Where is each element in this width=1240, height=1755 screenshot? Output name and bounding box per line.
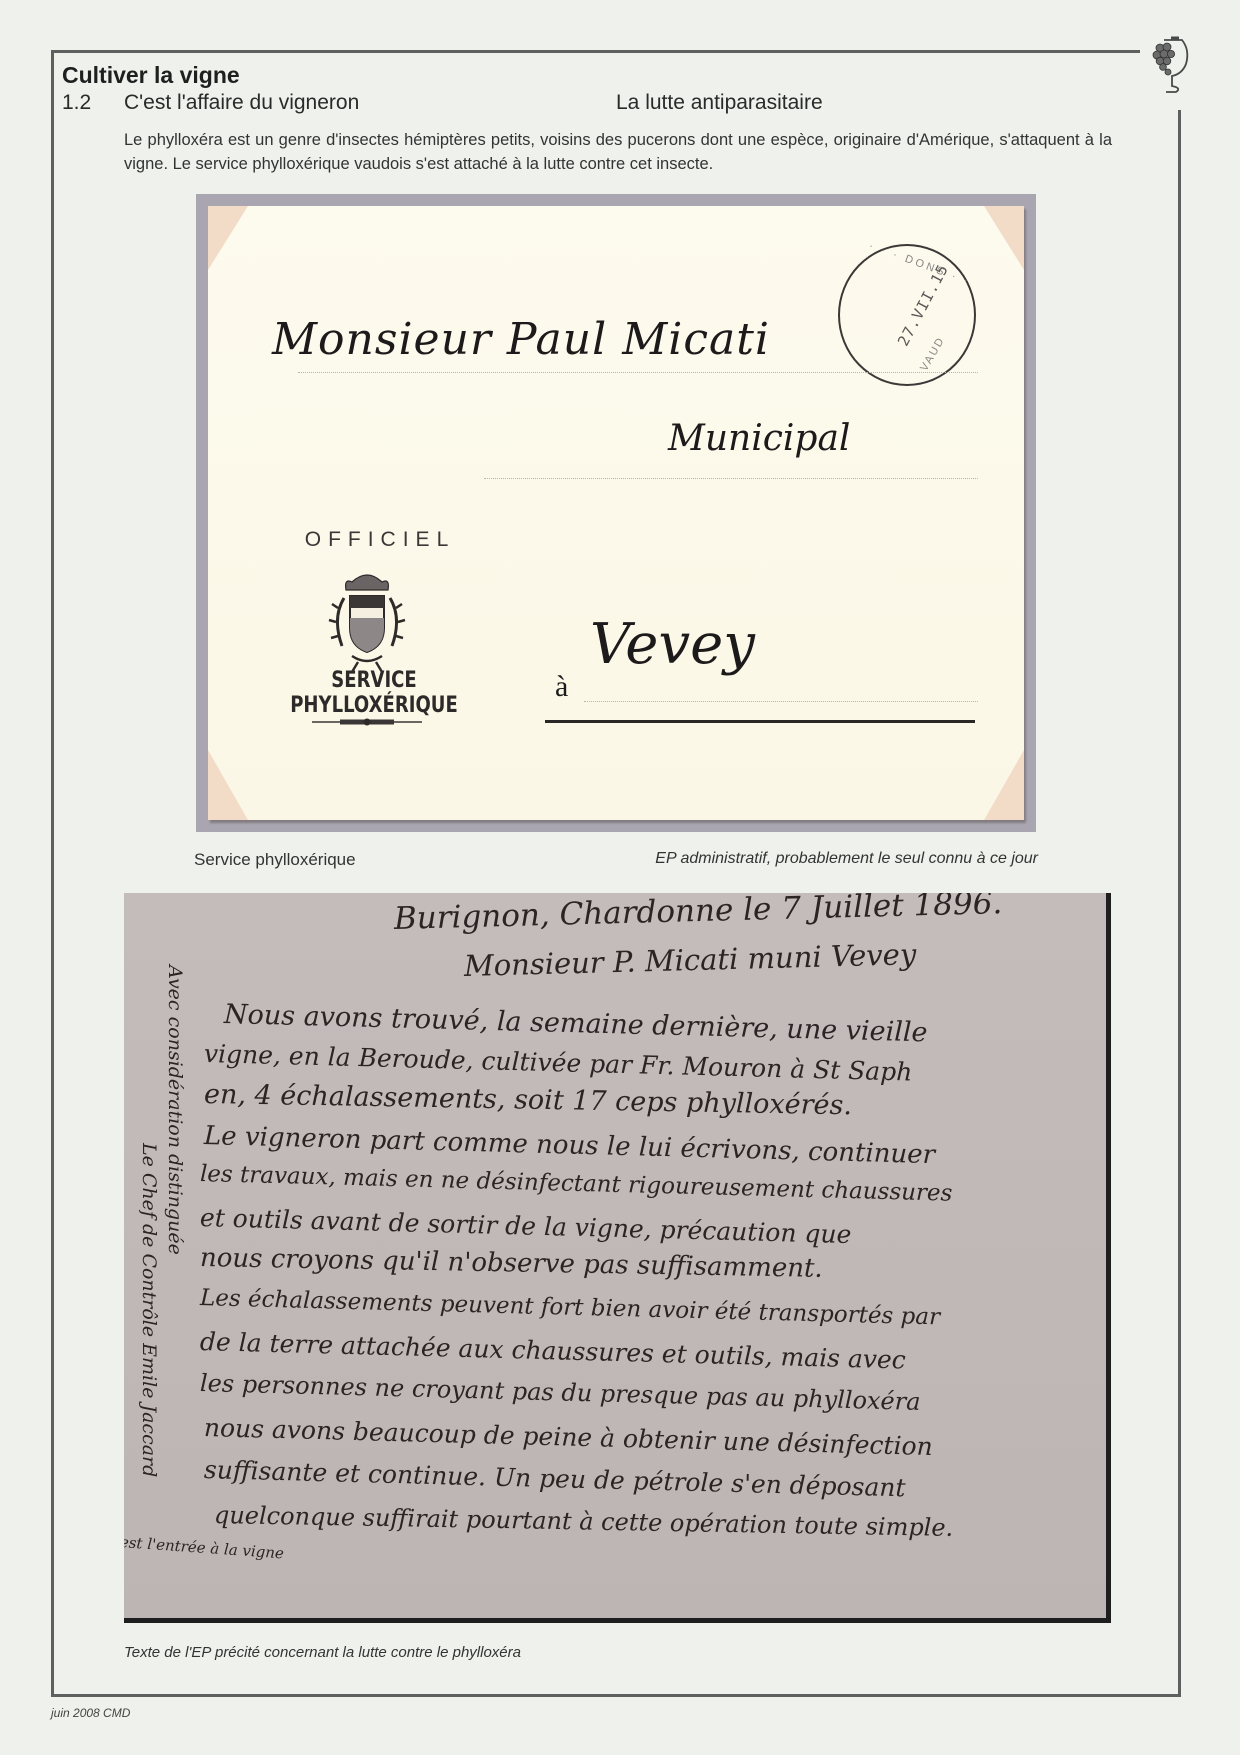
- letter-line: Monsieur P. Micati muni Vevey: [464, 937, 917, 983]
- letter-line: de la terre attachée aux chaussures et o…: [200, 1327, 907, 1374]
- page-title: Cultiver la vigne: [62, 62, 240, 89]
- letter-line: en, 4 échalassements, soit 17 ceps phyll…: [204, 1079, 853, 1121]
- letter-line: Les échalassements peuvent fort bien avo…: [200, 1285, 941, 1330]
- letter-line: vigne, en la Beroude, cultivée par Fr. M…: [204, 1039, 913, 1087]
- corner-mount: [984, 750, 1024, 820]
- letter-line: Burignon, Chardonne le 7 Juillet 1896.: [394, 893, 1003, 937]
- vaud-crest-icon: [322, 568, 412, 678]
- ornament-divider: [312, 717, 422, 727]
- address-line: [484, 478, 978, 479]
- address-prefix: à: [555, 670, 568, 704]
- letter-line: Nous avons trouvé, la semaine dernière, …: [224, 999, 928, 1048]
- letter-caption: Texte de l'EP précité concernant la lutt…: [124, 1644, 521, 1661]
- service-label: SERVICE PHYLLOXÉRIQUE: [267, 668, 480, 718]
- section-title: C'est l'affaire du vigneron: [124, 91, 359, 115]
- footer-credit: juin 2008 CMD: [51, 1706, 130, 1720]
- letter-line: les personnes ne croyant pas du presque …: [200, 1369, 921, 1416]
- letter-card: Burignon, Chardonne le 7 Juillet 1896. M…: [124, 893, 1111, 1623]
- letter-line: et outils avant de sortir de la vigne, p…: [200, 1203, 852, 1249]
- address-line: [584, 701, 978, 702]
- letter-line: nous croyons qu'il n'observe pas suffisa…: [200, 1243, 823, 1284]
- page-frame-right: [1178, 110, 1181, 1697]
- corner-mount: [984, 206, 1024, 270]
- corner-mount: [208, 750, 248, 820]
- postmark-canton: VAUD: [918, 335, 947, 374]
- address-city: Vevey: [590, 612, 755, 677]
- section-number: 1.2: [62, 91, 91, 115]
- envelope-card: · · · DONS · · · 27.VII.15 VAUD Monsieur…: [196, 194, 1036, 832]
- section-subtitle: La lutte antiparasitaire: [616, 91, 823, 115]
- corner-mount: [208, 206, 248, 270]
- margin-note: est l'entrée à la vigne: [124, 1533, 284, 1562]
- address-name: Monsieur Paul Micati: [272, 314, 770, 365]
- envelope-note: EP administratif, probablement le seul c…: [655, 850, 1038, 868]
- envelope-caption: Service phylloxérique: [194, 850, 356, 870]
- letter-line: quelconque suffirait pourtant à cette op…: [214, 1501, 954, 1542]
- postmark: · · · DONS · · · 27.VII.15 VAUD: [838, 244, 976, 386]
- letter-line: suffisante et continue. Un peu de pétrol…: [204, 1455, 906, 1502]
- address-line: [298, 372, 978, 373]
- intro-paragraph: Le phylloxéra est un genre d'insectes hé…: [124, 128, 1112, 176]
- margin-signature: Le Chef de Contrôle Emile Jaccard: [138, 1143, 160, 1477]
- grape-wine-glass-icon: [1146, 34, 1194, 100]
- address-underline: [545, 720, 975, 723]
- address-title: Municipal: [668, 418, 850, 459]
- letter-line: les travaux, mais en ne désinfectant rig…: [200, 1161, 953, 1207]
- envelope-face: · · · DONS · · · 27.VII.15 VAUD Monsieur…: [208, 206, 1024, 820]
- letter-line: Le vigneron part comme nous le lui écriv…: [204, 1121, 936, 1170]
- margin-note: Avec considération distinguée: [164, 965, 186, 1255]
- letter-line: nous avons beaucoup de peine à obtenir u…: [204, 1413, 933, 1461]
- officiel-label: OFFICIEL: [280, 528, 480, 552]
